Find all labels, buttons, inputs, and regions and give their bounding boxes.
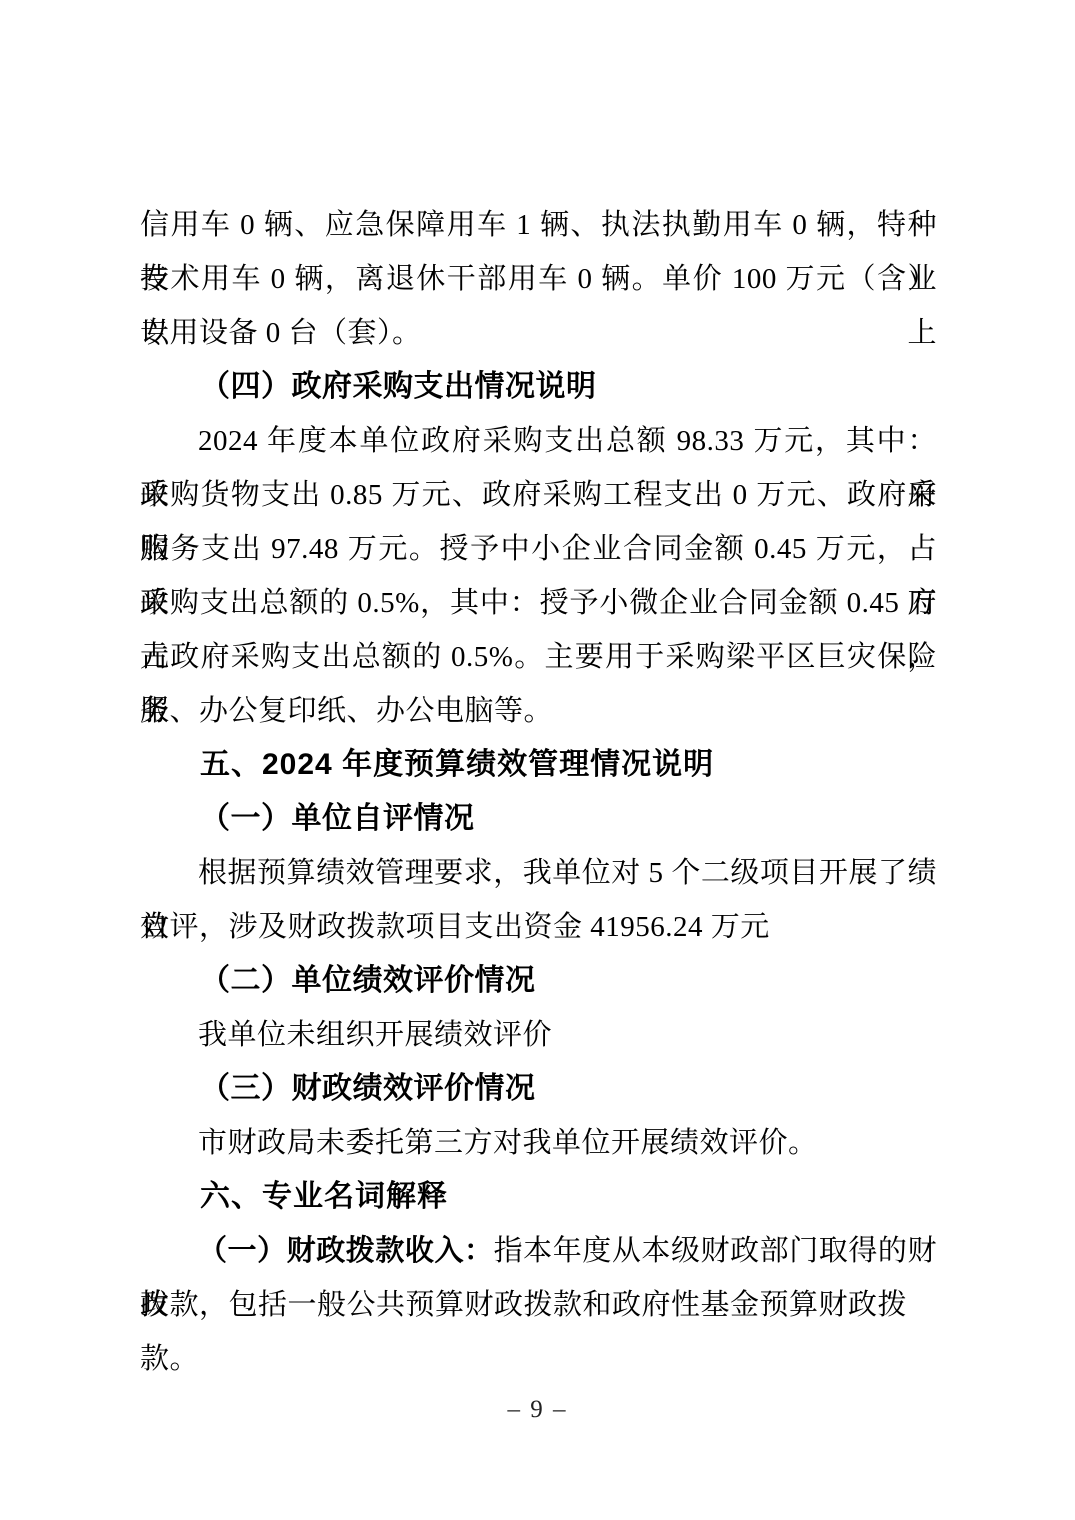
heading-unit-performance-evaluation: （二）单位绩效评价情况	[140, 954, 937, 1008]
heading-2024-budget-performance: 五、2024 年度预算绩效管理情况说明	[140, 738, 937, 792]
document-body: 信用车 0 辆、应急保障用车 1 辆、执法执勤用车 0 辆，特种专业 技术用车 …	[140, 198, 937, 1332]
heading-unit-self-evaluation: （一）单位自评情况	[140, 792, 937, 846]
line-self-evaluation-2: 自评，涉及财政拨款项目支出资金 41956.24 万元	[140, 900, 937, 954]
document-page: 信用车 0 辆、应急保障用车 1 辆、执法执勤用车 0 辆，特种专业 技术用车 …	[0, 0, 1075, 1520]
heading-fiscal-performance-evaluation: （三）财政绩效评价情况	[140, 1062, 937, 1116]
heading-gov-procurement-expenditure: （四）政府采购支出情况说明	[140, 360, 937, 414]
line-term-fiscal-appropriation-2: 拨款，包括一般公共预算财政拨款和政府性基金预算财政拨款。	[140, 1278, 937, 1332]
line-vehicle-counts-2: 技术用车 0 辆，离退休干部用车 0 辆。单价 100 万元（含）以上	[140, 252, 937, 306]
heading-terminology: 六、专业名词解释	[140, 1170, 937, 1224]
line-no-third-party-evaluation: 市财政局未委托第三方对我单位开展绩效评价。	[140, 1116, 937, 1170]
line-procurement-goods-works: 采购货物支出 0.85 万元、政府采购工程支出 0 万元、政府采购	[140, 468, 937, 522]
line-procurement-total: 2024 年度本单位政府采购支出总额 98.33 万元，其中：政府	[140, 414, 937, 468]
term-label-fiscal-appropriation: （一）财政拨款收入：	[198, 1235, 494, 1267]
line-procurement-usage-2: 务、办公复印纸、办公电脑等。	[140, 684, 937, 738]
line-procurement-services-sme: 服务支出 97.48 万元。授予中小企业合同金额 0.45 万元，占政府	[140, 522, 937, 576]
line-procurement-usage-1: 占政府采购支出总额的 0.5%。主要用于采购梁平区巨灾保险服	[140, 630, 937, 684]
line-vehicle-counts-1: 信用车 0 辆、应急保障用车 1 辆、执法执勤用车 0 辆，特种专业	[140, 198, 937, 252]
line-self-evaluation-1: 根据预算绩效管理要求，我单位对 5 个二级项目开展了绩效	[140, 846, 937, 900]
line-term-fiscal-appropriation-1: （一）财政拨款收入：指本年度从本级财政部门取得的财政	[140, 1224, 937, 1278]
line-procurement-sme-share: 采购支出总额的 0.5%，其中：授予小微企业合同金额 0.45 万元，	[140, 576, 937, 630]
line-no-performance-evaluation: 我单位未组织开展绩效评价	[140, 1008, 937, 1062]
page-number: – 9 –	[0, 1396, 1075, 1424]
